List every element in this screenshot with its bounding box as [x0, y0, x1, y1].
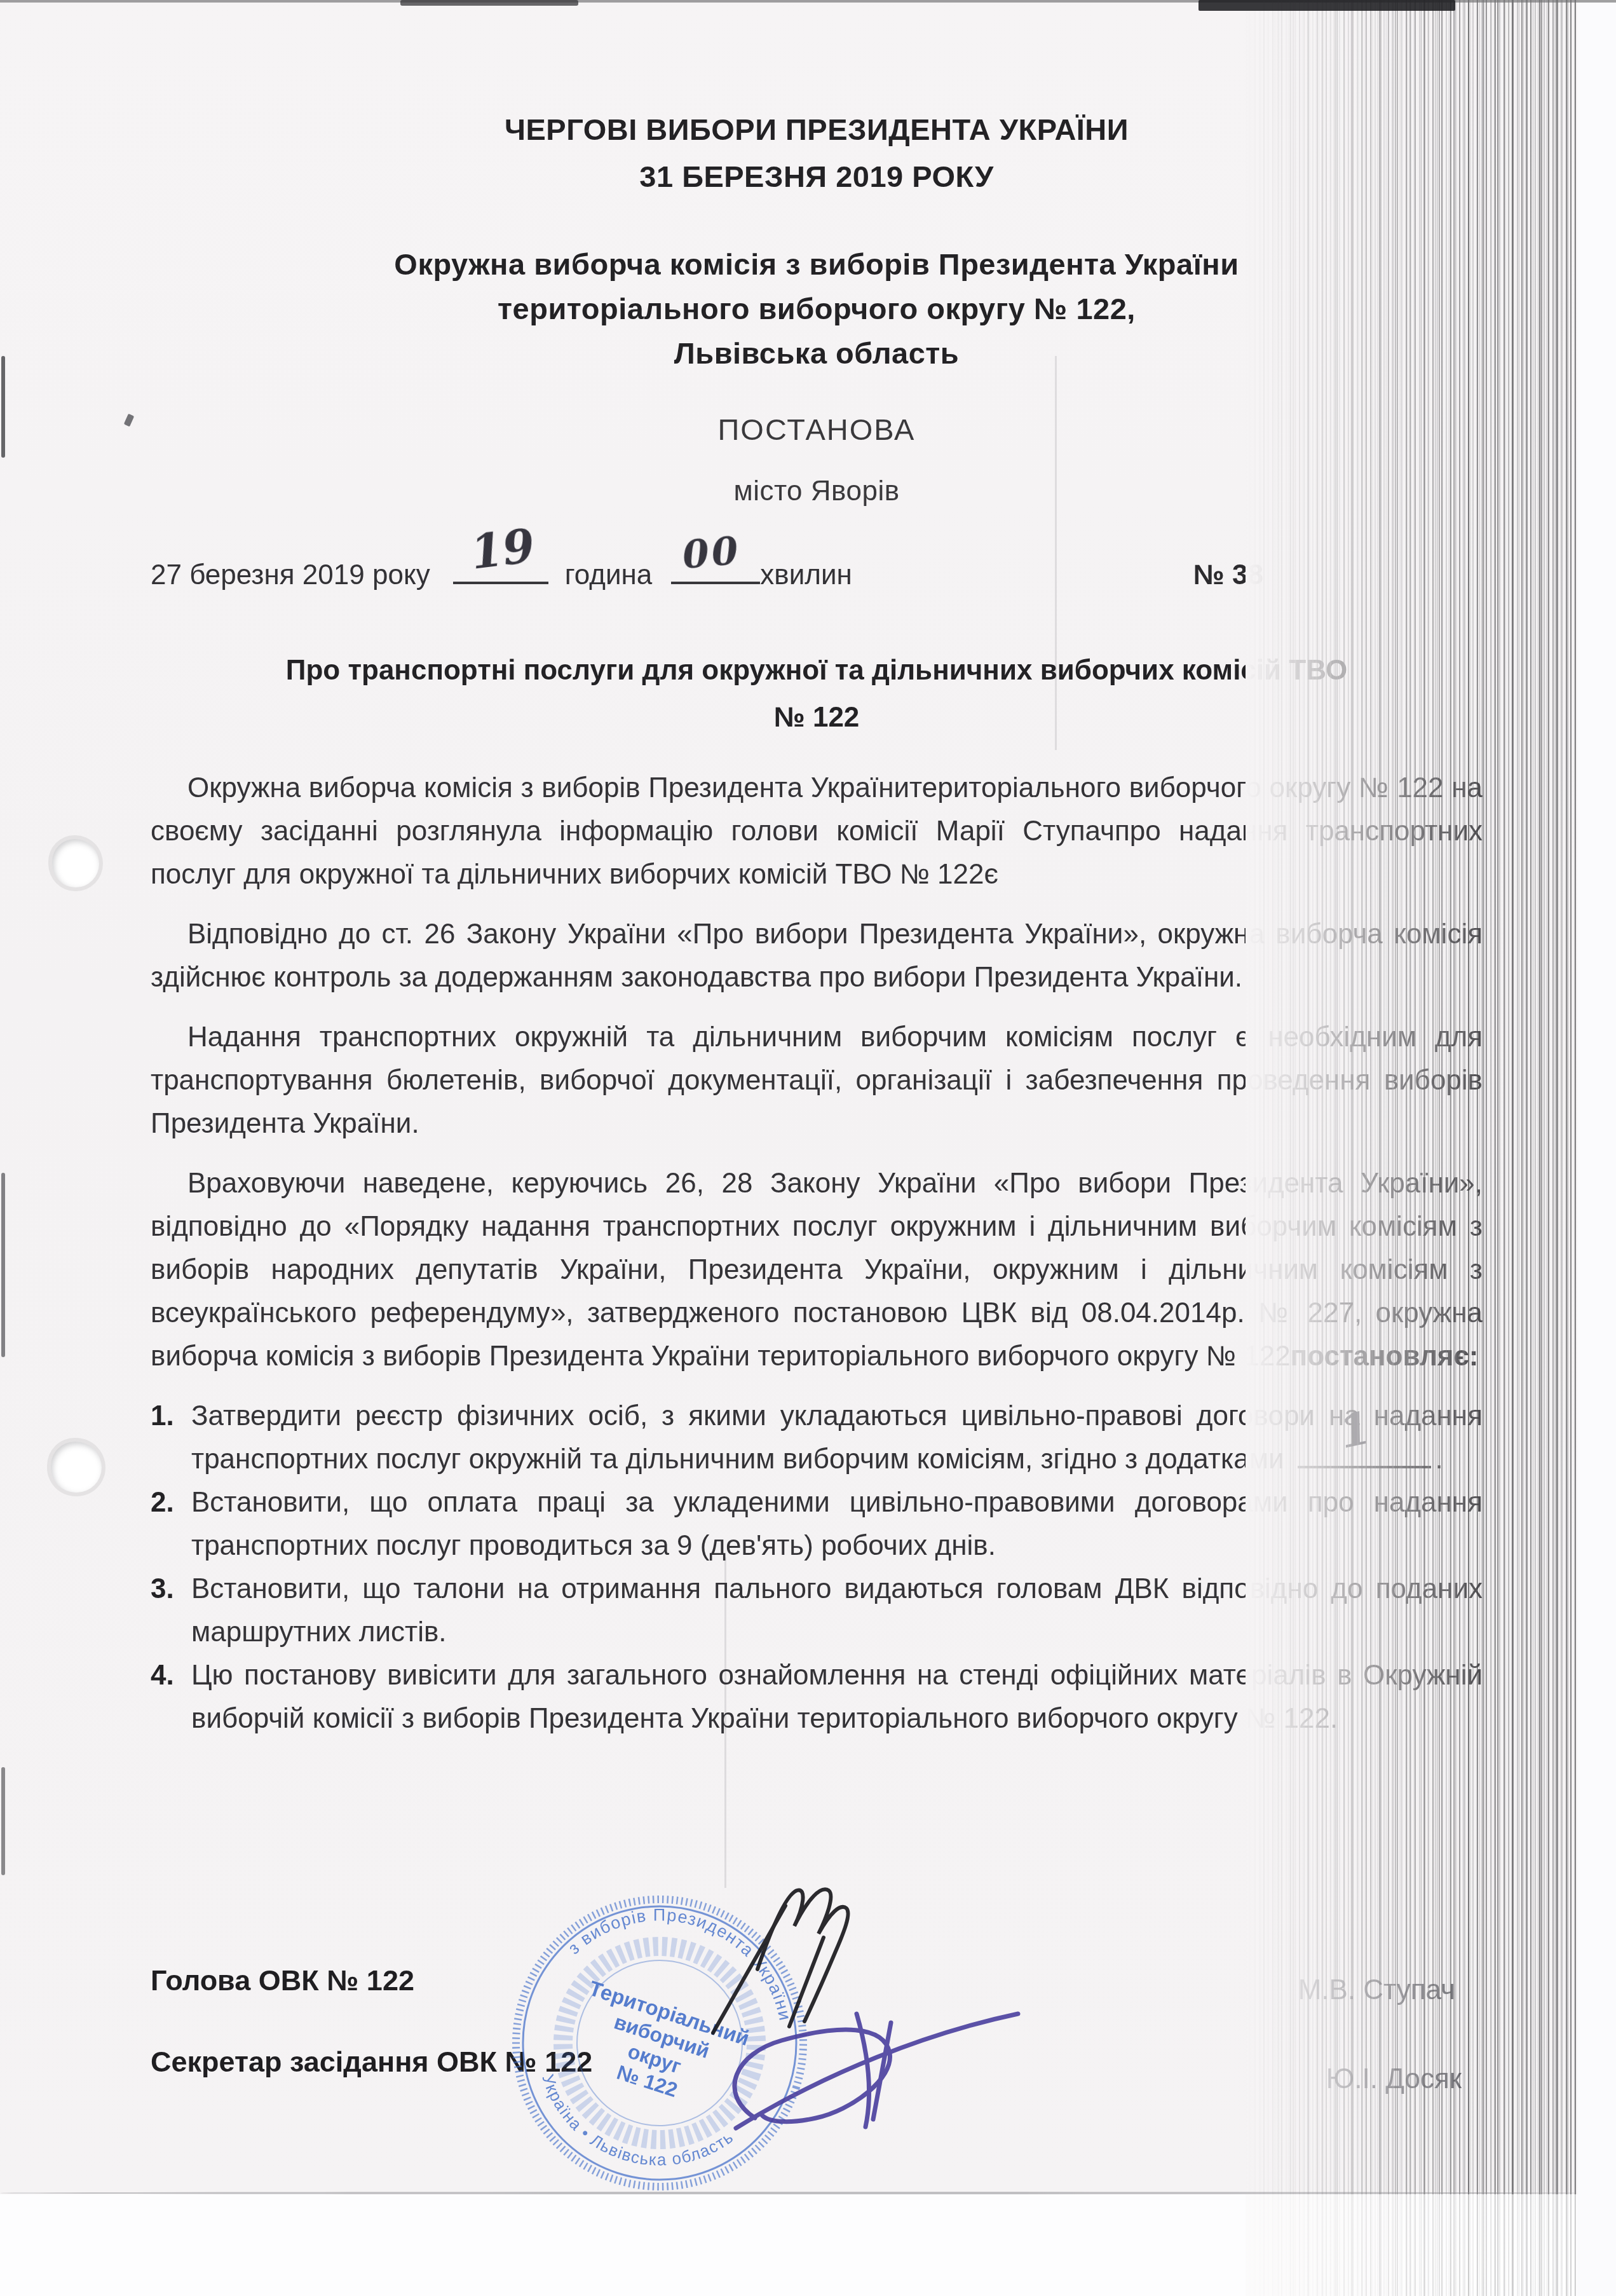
signature-role-head: Голова ОВК № 122	[151, 1964, 414, 1997]
punch-hole-bottom	[51, 1442, 102, 1493]
item-4-text: Цю постанову вивісити для загального озн…	[191, 1660, 1483, 1734]
header-commission-line2: територіального виборчого округу № 122,	[151, 291, 1483, 326]
scan-noise-bottom-wash	[1246, 2194, 1616, 2296]
handwritten-hour: 19	[468, 518, 538, 580]
doc-title-line1: Про транспортні послуги для окружної та …	[151, 647, 1483, 694]
pen-signatures	[661, 1862, 1093, 2161]
item-1-text: Затвердити реєстр фізичних осіб, з якими…	[191, 1400, 1483, 1475]
resolution-item-4: 4. Цю постанову вивісити для загального …	[151, 1654, 1483, 1740]
item-3-number: 3.	[151, 1568, 174, 1611]
paragraph-4-text: Враховуючи наведене, керуючись 26, 28 За…	[151, 1168, 1483, 1372]
paragraph-4: Враховуючи наведене, керуючись 26, 28 За…	[151, 1162, 1483, 1378]
resolution-item-1: 1. Затвердити реєстр фізичних осіб, з як…	[151, 1395, 1483, 1481]
minute-label: хвилин	[760, 559, 852, 591]
attachment-blank: 1	[1298, 1459, 1431, 1468]
signature-strokes-violet	[735, 2014, 1018, 2128]
paragraph-3: Надання транспортних окружній та дільнич…	[151, 1016, 1483, 1145]
doc-title-line2: № 122	[151, 694, 1483, 741]
date-prefix: 27 березня 2019 року	[151, 559, 430, 591]
scanned-document: ЧЕРГОВІ ВИБОРИ ПРЕЗИДЕНТА УКРАЇНИ 31 БЕР…	[0, 0, 1616, 2296]
punch-hole-top	[52, 839, 99, 887]
resolution-item-2: 2. Встановити, що оплата праці за укладе…	[151, 1481, 1483, 1568]
item-3-text: Встановити, що талони на отримання пальн…	[191, 1573, 1483, 1648]
paragraph-1: Окружна виборча комісія з виборів Презид…	[151, 767, 1483, 896]
top-edge-mark-right	[1198, 0, 1455, 11]
doc-city: місто Яворів	[151, 475, 1483, 507]
item-4-number: 4.	[151, 1654, 174, 1697]
scan-streak-2	[724, 1557, 726, 1888]
left-edge-mark-2	[1, 1173, 5, 1357]
header-election-line2: 31 БЕРЕЗНЯ 2019 РОКУ	[151, 159, 1483, 194]
doc-number: № 38	[1193, 559, 1263, 591]
scan-streak-1	[1055, 356, 1057, 750]
resolution-item-3: 3. Встановити, що талони на отримання па…	[151, 1568, 1483, 1654]
signature-name-head: М.В. Ступач	[1298, 1974, 1455, 2006]
item-1-number: 1.	[151, 1395, 174, 1438]
document-body: Про транспортні послуги для окружної та …	[151, 647, 1483, 1740]
resolution-list: 1. Затвердити реєстр фізичних осіб, з як…	[151, 1395, 1483, 1740]
top-edge-mark-left	[400, 0, 578, 6]
header-commission-line3: Львівська область	[151, 336, 1483, 371]
signature-name-secretary: Ю.І. Досяк	[1326, 2063, 1462, 2095]
handwritten-minutes: 00	[681, 528, 742, 578]
paragraph-2: Відповідно до ст. 26 Закону України «Про…	[151, 913, 1483, 999]
hour-blank: 19	[453, 575, 548, 584]
doc-type-title: ПОСТАНОВА	[151, 412, 1483, 447]
doc-title: Про транспортні послуги для окружної та …	[151, 647, 1483, 741]
paragraph-4-resolves: постановляє:	[1291, 1341, 1479, 1372]
header-election-line1: ЧЕРГОВІ ВИБОРИ ПРЕЗИДЕНТА УКРАЇНИ	[151, 112, 1483, 147]
minute-blank: 00	[671, 575, 760, 584]
item-2-text: Встановити, що оплата праці за укладеним…	[191, 1487, 1483, 1561]
left-edge-mark-1	[1, 356, 5, 458]
hour-label: година	[565, 559, 653, 591]
signature-strokes-black	[713, 1889, 848, 2033]
item-2-number: 2.	[151, 1481, 174, 1524]
item-1-period: .	[1435, 1444, 1443, 1475]
scanner-bed-right	[1577, 0, 1616, 2296]
header-commission-line1: Окружна виборча комісія з виборів Презид…	[151, 247, 1483, 282]
left-edge-mark-3	[1, 1767, 5, 1875]
paper-bottom-edge	[0, 2192, 1577, 2194]
date-line: 27 березня 2019 року19година00хвилин № 3…	[151, 559, 1483, 591]
